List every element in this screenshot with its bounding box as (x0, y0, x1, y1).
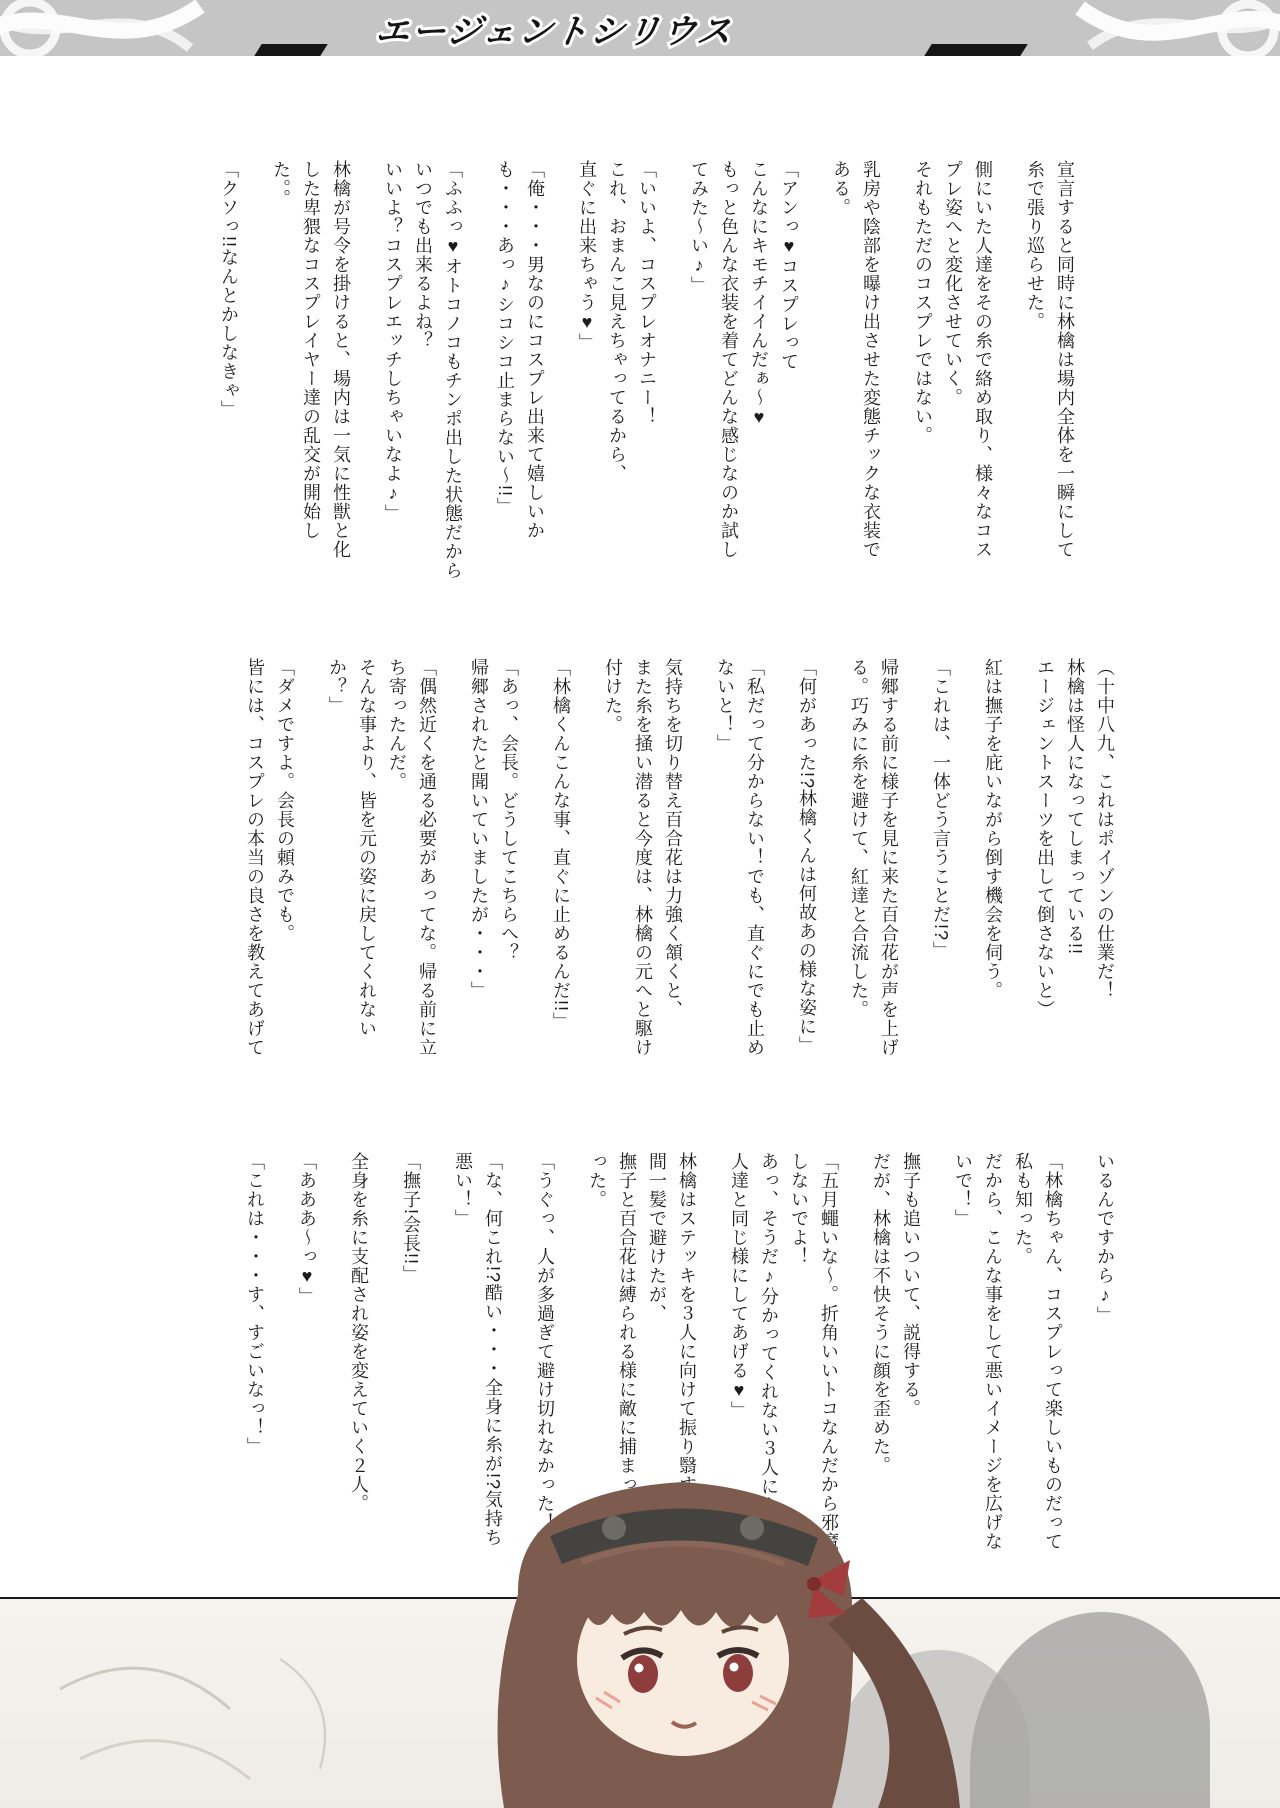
banner-trim-right (924, 44, 1027, 56)
paragraph: 紅は撫子を庇いながら倒す機会を伺う。 (978, 658, 1008, 1084)
paragraph: 「アンっ♥コスプレって こんなにキモチイイんだぁ～♥ もっと色んな衣装を着てどん… (684, 160, 804, 586)
paragraph: 全身を糸に支配され姿を変えていく２人。 (344, 1152, 374, 1578)
paragraph: 「これは・・・す、すごいなっ！」 (240, 1152, 270, 1578)
text-band-middle: （十中八九、これはポイゾンの仕業だ！ 林檎は怪人になってしまっている!! エージ… (218, 658, 1120, 1084)
paragraph: 「いいよ、コスプレオナニー！ これ、おまんこ見えちゃってるから、 直ぐに出来ちゃ… (572, 160, 662, 586)
text-band-top: 宣言すると同時に林檎は場内全体を一瞬にして 糸で張り巡らせた。 側にいた人達をそ… (192, 160, 1080, 586)
paragraph: 林檎が号令を掛けると、場内は一気に性獣と化 した卑猥なコスプレイヤー達の乱交が開… (266, 160, 356, 586)
paragraph: 気持ちを切り替え百合花は力強く頷くと、 また糸を掻い潜ると今度は、林檎の元へと駆… (598, 658, 688, 1084)
eye (628, 1655, 658, 1693)
paragraph: 「ふふっ♥オトコノコもチンポ出した状態だから いつでも出来るよね？ いいよ？コス… (378, 160, 468, 586)
paragraph: 宣言すると同時に林檎は場内全体を一瞬にして 糸で張り巡らせた。 (1020, 160, 1080, 586)
paragraph: 「私だって分からない！でも、直ぐにでも止め ないと！」 (710, 658, 770, 1084)
paragraph: 「あああ～っ♥」 (292, 1152, 322, 1578)
sketch-lines (40, 1619, 400, 1807)
paragraph: いるんですから♪」 (1090, 1152, 1120, 1578)
paragraph: 帰郷する前に様子を見に来た百合花が声を上げ る。巧みに糸を避けて、紅達と合流した… (844, 658, 904, 1084)
paragraph: 「俺・・・男なのにコスプレ出来て嬉しいか も・・・あっ♪シコシコ止まらない～!!… (490, 160, 550, 586)
paragraph: 「ダメですよ。会長の頼みでも。 皆には、コスプレの本当の良さを教えてあげて (240, 658, 300, 1084)
paragraph: 「偶然近くを通る必要があってな。帰る前に立 ち寄ったんだ。 そんな事より、皆を元… (322, 658, 442, 1084)
page-title: エージェントシリウス (373, 4, 738, 53)
eye-highlight (635, 1664, 644, 1673)
doujin-text-page: エージェントシリウス 宣言すると同時に林檎は場内全体を一瞬にして 糸で張り巡らせ… (0, 0, 1280, 1808)
paragraph: 「林檎くんこんな事、直ぐに止めるんだ!!」 (546, 658, 576, 1084)
page-header: エージェントシリウス (0, 0, 1280, 56)
paragraph: 「これは、一体どう言うことだ!?」 (926, 658, 956, 1084)
paragraph: 側にいた人達をその糸で絡め取り、様々なコス プレ姿へと変化させていく。 それもた… (908, 160, 998, 586)
decorative-swirl-left (0, 0, 290, 56)
character-illustration (400, 1462, 960, 1808)
paragraph: 「何があった!?林檎くんは何故あの様な姿に」 (792, 658, 822, 1084)
paragraph: 乳房や陰部を曝け出させた変態チックな衣装で ある。 (826, 160, 886, 586)
eye-highlight (730, 1663, 739, 1672)
paragraph: （十中八九、これはポイゾンの仕業だ！ 林檎は怪人になってしまっている!! エージ… (1030, 658, 1120, 1084)
goggle-lens-icon (602, 1516, 626, 1540)
goggle-lens-icon (740, 1516, 764, 1540)
paragraph: 「林檎ちゃん、コスプレって楽しいものだって 私も知った。 だから、こんな事をして… (948, 1152, 1068, 1578)
paragraph: 「あっ、会長。どうしてこちらへ？ 帰郷されたと聞いていましたが・・・」 (464, 658, 524, 1084)
eye (723, 1654, 753, 1692)
decorative-swirl-right (990, 0, 1280, 56)
paragraph: 「クソっ!!なんとかしなきゃ」 (214, 160, 244, 586)
banner-trim-left (254, 44, 327, 56)
